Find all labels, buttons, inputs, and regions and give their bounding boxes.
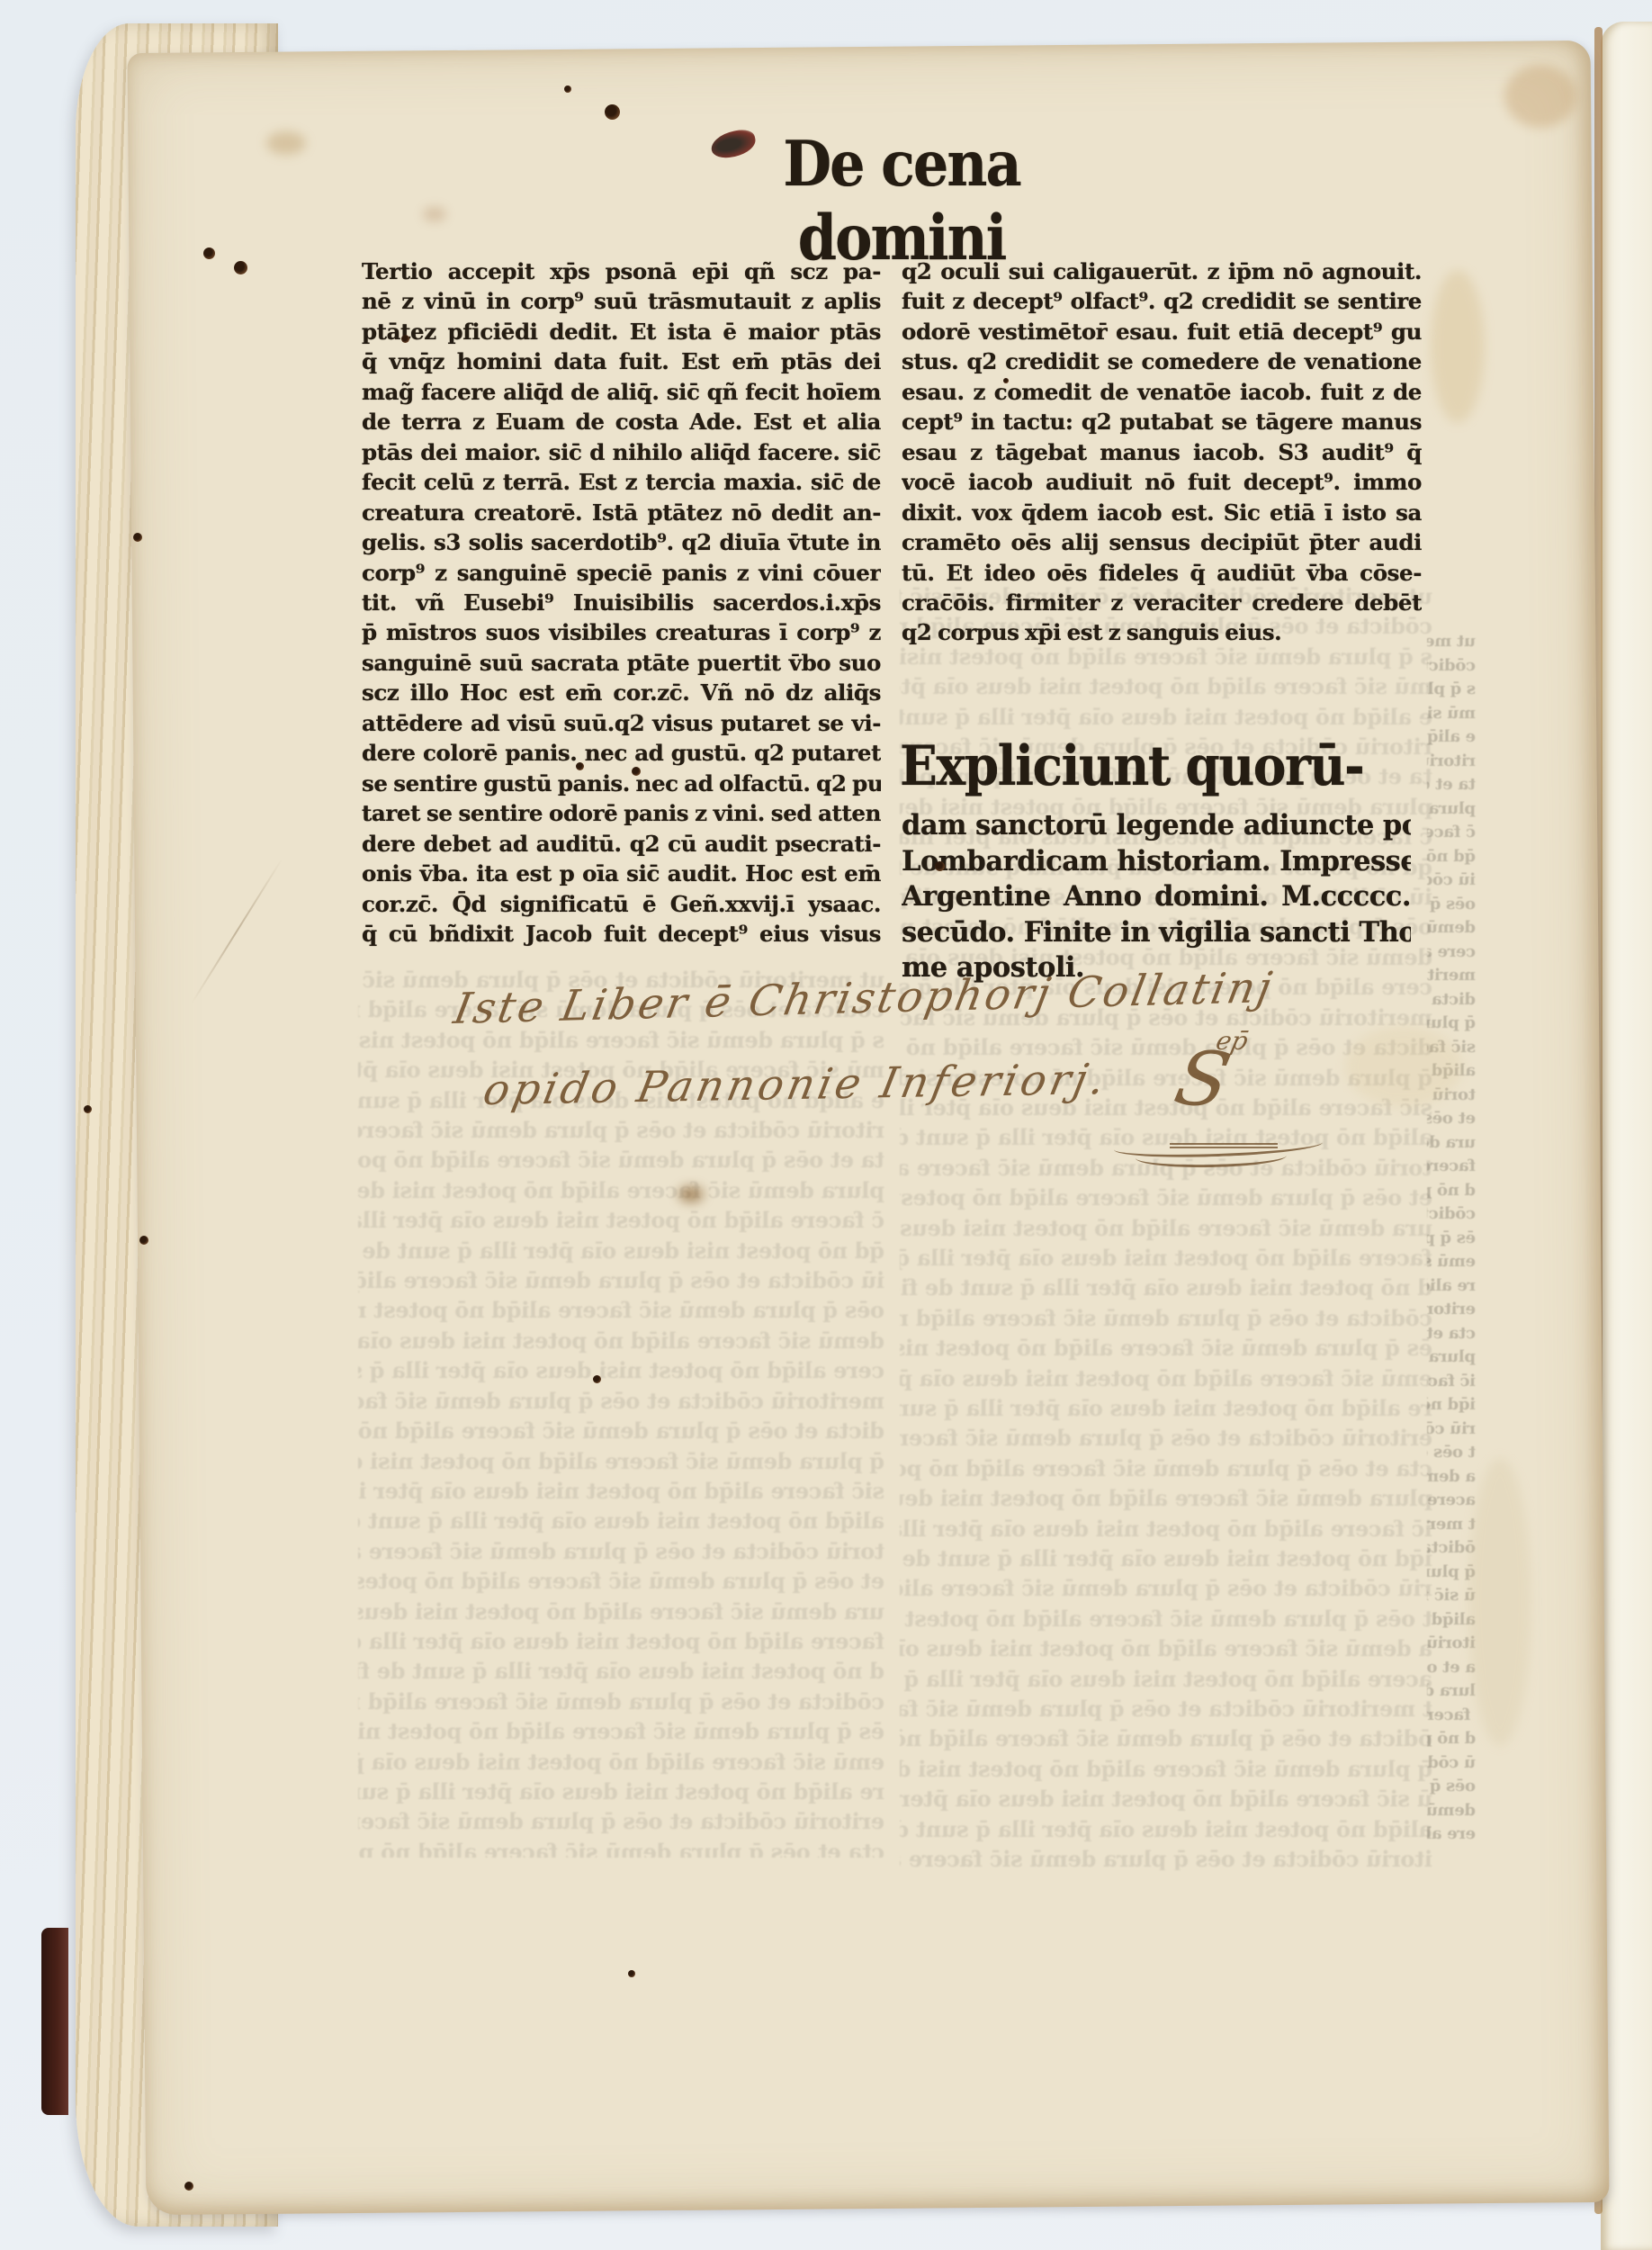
text-line: q̄ vnq̄z homini data fuit. Est em̄ ptās … — [362, 346, 881, 376]
ghost-line: e aliq̄d nō potest nisi deus oīa p̄ter i… — [900, 702, 1432, 732]
ghost-line: meritoriū cōdicta et oēs q̄ plura demū s… — [358, 1386, 884, 1416]
ghost-line: iū cōdicta et oēs q̄ plura demū sic̄ fac… — [1427, 868, 1476, 893]
ghost-line: ura demū sic̄ facere aliq̄d nō potest ni… — [900, 1213, 1432, 1243]
ghost-line: meritoriū cōdicta et oēs q̄ plura demū s… — [1427, 964, 1476, 988]
text-line: nē z vinū in corp⁹ suū trāsmutauit z apl… — [362, 286, 881, 316]
ghost-line: iq̄d nō potest nisi deus oīa p̄ter illa … — [900, 1543, 1432, 1573]
text-line: fuit z decept⁹ olfact⁹. q2 credidit se s… — [902, 286, 1422, 316]
wormhole — [139, 1236, 148, 1245]
ghost-line: aliq̄d nō potest nisi deus oīa p̄ter ill… — [358, 1506, 884, 1535]
wormhole — [234, 261, 247, 274]
paper-stain — [1468, 1458, 1531, 1746]
wormhole — [184, 2182, 193, 2191]
wormhole — [628, 1970, 635, 1977]
text-line: stus. q2 credidit se comedere de venatio… — [902, 346, 1422, 376]
ghost-line: cōdicta et oēs q̄ plura demū sic̄ facere… — [900, 1303, 1432, 1333]
text-line: ptātez pficiēdi dedit. Et ista ē maior p… — [362, 317, 881, 346]
ghost-line: acere aliq̄d nō potest nisi deus oīa p̄t… — [1427, 1489, 1476, 1513]
ghost-line: ritoriū cōdicta et oēs q̄ plura demū sic… — [1427, 750, 1476, 774]
wormhole — [632, 767, 641, 776]
ghost-line: eritoriū cōdicta et oēs q̄ plura demū si… — [358, 1806, 884, 1836]
ghost-line: emū sic̄ facere aliq̄d nō potest nisi de… — [1427, 1250, 1476, 1274]
wormhole — [84, 1105, 92, 1113]
text-line: dixit. vox q̄dem iacob est. Sic etiā ī i… — [902, 498, 1422, 527]
text-line: se sentire gustū panis. nec ad olfactū. … — [362, 769, 881, 798]
colophon-text: dam sanctorū legende adiuncte postLombar… — [902, 808, 1411, 986]
text-line: corp⁹ z sanguinē speciē panis z vini cōu… — [362, 558, 881, 588]
ghost-line: itoriū cōdicta et oēs q̄ plura demū sic̄… — [900, 1844, 1432, 1870]
ghost-line: ēs q̄ plura demū sic̄ facere aliq̄d nō p… — [358, 1716, 884, 1746]
wormhole — [401, 335, 409, 343]
ghost-line: s q̄ plura demū sic̄ facere aliq̄d nō po… — [1427, 678, 1476, 702]
ghost-line: re aliq̄d nō potest nisi deus oīa p̄ter … — [358, 1777, 884, 1806]
ghost-line: ta et oēs q̄ plura demū sic̄ facere aliq… — [1427, 773, 1476, 797]
paper-stain — [266, 131, 306, 155]
text-line: mag̃ facere aliq̄d de aliq̄. sic̄ qñ fec… — [362, 377, 881, 407]
paper-stain — [423, 207, 446, 221]
ghost-line: a demū sic̄ facere aliq̄d nō potest nisi… — [900, 1633, 1432, 1663]
ghost-line: c̄ facere aliq̄d nō potest nisi deus oīa… — [1427, 821, 1476, 845]
ghost-line: ̄ facere aliq̄d nō potest nisi deus oīa … — [1427, 1704, 1476, 1728]
text-line: tit. vñ Eusebi⁹ Inuisibilis sacerdos.i.x… — [362, 588, 881, 617]
ghost-line: d nō potest nisi deus oīa p̄ter illa q̄ … — [900, 1273, 1432, 1302]
bleed-through-text-margin-strip: ut meritoriū cōdicta et oēs q̄ plura dem… — [1427, 630, 1476, 1854]
wormhole — [133, 533, 142, 542]
text-line: esau. z comedit de venatōe iacob. fuit z… — [902, 377, 1422, 407]
ghost-line: ̄d nō potest nisi deus oīa p̄ter illa q̄… — [1427, 1727, 1476, 1751]
text-line: vocē iacob audiuit nō fuit decept⁹. immo — [902, 467, 1422, 497]
ghost-line: re aliq̄d nō potest nisi deus oīa p̄ter … — [1427, 1274, 1476, 1299]
text-line: sanguinē suū sacrata ptāte puertit v̄bo … — [362, 648, 881, 678]
paper-stain — [1345, 1026, 1462, 1107]
text-line: q̄ cū bñdixit Jacob fuit decept⁹ eius vi… — [362, 919, 881, 949]
ghost-line: oēs q̄ plura demū sic̄ facere aliq̄d nō … — [1427, 893, 1476, 917]
ghost-line: t oēs q̄ plura demū sic̄ facere aliq̄d n… — [1427, 1441, 1476, 1465]
ghost-line: ū cōdicta et oēs q̄ plura demū sic̄ face… — [1427, 1751, 1476, 1776]
ghost-line: ritoriū cōdicta et oēs q̄ plura demū sic… — [358, 1115, 884, 1145]
ghost-line: q̄d nō potest nisi deus oīa p̄ter illa q… — [358, 1236, 884, 1265]
ghost-line: sic̄ facere aliq̄d nō potest nisi deus o… — [358, 1476, 884, 1506]
ghost-line: cta et oēs q̄ plura demū sic̄ facere ali… — [900, 1453, 1432, 1483]
ghost-line: dicta et oēs q̄ plura demū sic̄ facere a… — [1427, 988, 1476, 1012]
ghost-line: c̄ facere aliq̄d nō potest nisi deus oīa… — [358, 1205, 884, 1235]
ghost-line: itoriū cōdicta et oēs q̄ plura demū sic̄… — [1427, 1632, 1476, 1656]
text-line: q2 corpus xp̄i est z sanguis eius. — [902, 617, 1422, 647]
ghost-line: ura demū sic̄ facere aliq̄d nō potest ni… — [358, 1597, 884, 1626]
colophon-heading-expliciunt: Expliciunt quorū- — [900, 733, 1422, 798]
ghost-line: cta et oēs q̄ plura demū sic̄ facere ali… — [358, 1837, 884, 1858]
text-line: secūdo. Finite in vigilia sancti Tho- — [902, 915, 1411, 951]
ghost-line: aliq̄d nō potest nisi deus oīa p̄ter ill… — [900, 1814, 1432, 1844]
ghost-line: q̄d nō potest nisi deus oīa p̄ter illa q… — [1427, 845, 1476, 869]
ghost-line: cere aliq̄d nō potest nisi deus oīa p̄te… — [1427, 940, 1476, 965]
ghost-line: ēs q̄ plura demū sic̄ facere aliq̄d nō p… — [1427, 1227, 1476, 1251]
ghost-line: mū sic̄ facere aliq̄d nō potest nisi deu… — [900, 671, 1432, 701]
ghost-line: ōdicta et oēs q̄ plura demū sic̄ facere … — [900, 1723, 1432, 1753]
underlying-next-page-edge — [1601, 22, 1652, 2250]
ghost-line: lura demū sic̄ facere aliq̄d nō potest n… — [1427, 1679, 1476, 1704]
paper-stain — [1504, 65, 1576, 128]
ghost-line: t oēs q̄ plura demū sic̄ facere aliq̄d n… — [900, 1604, 1432, 1633]
ghost-line: cōdicta et oēs q̄ plura demū sic̄ facere… — [1427, 654, 1476, 679]
ghost-line: demū sic̄ facere aliq̄d nō potest nisi d… — [1427, 916, 1476, 940]
ghost-line: ēs q̄ plura demū sic̄ facere aliq̄d nō p… — [900, 1333, 1432, 1363]
ghost-line: facere aliq̄d nō potest nisi deus oīa p̄… — [1427, 1155, 1476, 1179]
wormhole — [1003, 378, 1009, 383]
text-line: gelis. s3 solis sacerdotib⁹. q2 diuīa v̄… — [362, 527, 881, 557]
ghost-line: cere aliq̄d nō potest nisi deus oīa p̄te… — [358, 1355, 884, 1385]
text-line: onis v̄ba. ita est p oīa sic̄ audit. Hoc… — [362, 859, 881, 888]
ghost-line: ere aliq̄d nō potest nisi deus oīa p̄ter… — [1427, 1822, 1476, 1847]
ghost-line: ura demū sic̄ facere aliq̄d nō potest ni… — [1427, 1131, 1476, 1156]
ghost-line: a demū sic̄ facere aliq̄d nō potest nisi… — [1427, 1465, 1476, 1489]
ghost-line: e aliq̄d nō potest nisi deus oīa p̄ter i… — [1427, 725, 1476, 750]
ghost-line: plura demū sic̄ facere aliq̄d nō potest … — [900, 1483, 1432, 1513]
ghost-line: oēs q̄ plura demū sic̄ facere aliq̄d nō … — [358, 1295, 884, 1325]
ghost-line: eritoriū cōdicta et oēs q̄ plura demū si… — [900, 1423, 1432, 1453]
ghost-line: t meritoriū cōdicta et oēs q̄ plura demū… — [1427, 1513, 1476, 1537]
text-line: p̄ mīstros suos visibiles creaturas ī co… — [362, 617, 881, 647]
ghost-line: facere aliq̄d nō potest nisi deus oīa p̄… — [900, 1243, 1432, 1273]
text-line: cor.zc̄. Q̄d significatū ē Geñ.xxvij.ī y… — [362, 889, 881, 919]
text-line: creatura creatorē. Istā ptātez nō dedit … — [362, 498, 881, 527]
text-line: dam sanctorū legende adiuncte post — [902, 808, 1411, 844]
wormhole — [203, 247, 215, 259]
ghost-line: d nō potest nisi deus oīa p̄ter illa q̄ … — [1427, 1179, 1476, 1203]
ghost-line: ōdicta et oēs q̄ plura demū sic̄ facere … — [1427, 1536, 1476, 1561]
photo-of-incunabulum-page: ut meritoriū cōdicta et oēs q̄ plura dem… — [0, 0, 1652, 2250]
ghost-line: oēs q̄ plura demū sic̄ facere aliq̄d nō … — [1427, 1775, 1476, 1799]
wormhole — [935, 861, 945, 871]
ghost-line: dicta et oēs q̄ plura demū sic̄ facere a… — [358, 1416, 884, 1445]
ghost-line: ic̄ facere aliq̄d nō potest nisi deus oī… — [1427, 1370, 1476, 1394]
ghost-line: plura demū sic̄ facere aliq̄d nō potest … — [358, 1175, 884, 1205]
text-column-left: Tertio accepit xp̄s psonā ep̄i qñ scz pa… — [362, 256, 881, 949]
text-line: ptās dei maior. sic̄ d nihilo aliq̄d fac… — [362, 437, 881, 467]
wormhole — [564, 85, 571, 93]
text-line: dere colorē panis. nec ad gustū. q2 puta… — [362, 738, 881, 768]
ghost-line: riū cōdicta et oēs q̄ plura demū sic̄ fa… — [1427, 1417, 1476, 1442]
ghost-line: iū cōdicta et oēs q̄ plura demū sic̄ fac… — [358, 1265, 884, 1295]
ghost-line: facere aliq̄d nō potest nisi deus oīa p̄… — [358, 1626, 884, 1656]
text-line: de terra z Euam de costa Ade. Est et ali… — [362, 407, 881, 436]
ghost-line: cōdicta et oēs q̄ plura demū sic̄ facere… — [1427, 1202, 1476, 1227]
paper-stain — [678, 1186, 704, 1202]
ghost-line: acere aliq̄d nō potest nisi deus oīa p̄t… — [900, 1664, 1432, 1694]
ghost-line: iq̄d nō potest nisi deus oīa p̄ter illa … — [1427, 1393, 1476, 1417]
ghost-line: ta et oēs q̄ plura demū sic̄ facere aliq… — [358, 1145, 884, 1174]
text-line: dere debet ad auditū. q2 cū audit psecra… — [362, 829, 881, 859]
text-line: cramēto oēs alij sensus decipiūt p̄ter a… — [902, 527, 1422, 557]
ghost-line: plura demū sic̄ facere aliq̄d nō potest … — [1427, 1345, 1476, 1370]
text-line: scz illo Hoc est em̄ cor.zc̄. Vñ nō dz a… — [362, 678, 881, 707]
ghost-line: d nō potest nisi deus oīa p̄ter illa q̄ … — [358, 1656, 884, 1686]
wormhole — [605, 104, 620, 120]
ghost-line: cōdicta et oēs q̄ plura demū sic̄ facere… — [358, 1687, 884, 1716]
ghost-line: riū cōdicta et oēs q̄ plura demū sic̄ fa… — [900, 1573, 1432, 1603]
ghost-line: plura demū sic̄ facere aliq̄d nō potest … — [1427, 797, 1476, 822]
text-line: tū. Et ideo oēs fideles q̄ audiūt v̄ba c… — [902, 558, 1422, 588]
text-line: taret se sentire odorē panis z vini. sed… — [362, 798, 881, 828]
ghost-line: et oēs q̄ plura demū sic̄ facere aliq̄d … — [358, 1566, 884, 1596]
ghost-line: emū sic̄ facere aliq̄d nō potest nisi de… — [358, 1747, 884, 1777]
wormhole — [576, 762, 584, 770]
ghost-line: ū sic̄ facere aliq̄d nō potest nisi deus… — [900, 1784, 1432, 1813]
ghost-line: toriū cōdicta et oēs q̄ plura demū sic̄ … — [358, 1536, 884, 1566]
text-line: cept⁹ in tactu: q2 putabat se tāgere man… — [902, 407, 1422, 436]
text-line: Tertio accepit xp̄s psonā ep̄i qñ scz pa… — [362, 256, 881, 286]
text-line: esau z tāgebat manus iacob. S3 audit⁹ q̄ — [902, 437, 1422, 467]
wormhole — [593, 1375, 601, 1383]
paper-stain — [1431, 270, 1485, 423]
inscription-mound-flourish — [1170, 1118, 1278, 1148]
ghost-line: emū sic̄ facere aliq̄d nō potest nisi de… — [900, 1363, 1432, 1393]
binding-spine-glimpse — [41, 1928, 68, 2115]
ghost-line: demū sic̄ facere aliq̄d nō potest nisi d… — [1427, 1799, 1476, 1823]
ghost-line: eritoriū cōdicta et oēs q̄ plura demū si… — [1427, 1298, 1476, 1322]
text-line: fecit celū z terrā. Est z tercia maxia. … — [362, 467, 881, 497]
ghost-line: a et oēs q̄ plura demū sic̄ facere aliq̄… — [1427, 1656, 1476, 1680]
text-column-right: q2 oculi sui caligauerūt. z ip̄m nō agno… — [902, 256, 1422, 648]
ghost-line: demū sic̄ facere aliq̄d nō potest nisi d… — [358, 1326, 884, 1355]
text-line: Argentine Anno domini. M.ccccc. — [902, 879, 1411, 915]
ghost-line: re aliq̄d nō potest nisi deus oīa p̄ter … — [900, 1393, 1432, 1423]
ghost-line: mū sic̄ facere aliq̄d nō potest nisi deu… — [1427, 702, 1476, 726]
text-line: crac̄ōis. firmiter z veraciter credere d… — [902, 588, 1422, 617]
ghost-line: ut meritoriū cōdicta et oēs q̄ plura dem… — [1427, 630, 1476, 654]
ghost-line: q̄ plura demū sic̄ facere aliq̄d nō pote… — [900, 1754, 1432, 1784]
ghost-line: et oēs q̄ plura demū sic̄ facere aliq̄d … — [1427, 1107, 1476, 1131]
text-line: q2 oculi sui caligauerūt. z ip̄m nō agno… — [902, 256, 1422, 286]
ghost-line: cta et oēs q̄ plura demū sic̄ facere ali… — [1427, 1322, 1476, 1346]
ghost-line: q̄ plura demū sic̄ facere aliq̄d nō pote… — [358, 1446, 884, 1476]
text-line: odorē vestimētor̄ esau. fuit etiā decept… — [902, 317, 1422, 346]
ghost-line: ic̄ facere aliq̄d nō potest nisi deus oī… — [900, 1514, 1432, 1543]
text-line: attēdere ad visū suū.q2 visus putaret se… — [362, 708, 881, 738]
ghost-line: et oēs q̄ plura demū sic̄ facere aliq̄d … — [900, 1183, 1432, 1212]
text-line: Lombardicam historiam. Impresse — [902, 844, 1411, 880]
ghost-line: t meritoriū cōdicta et oēs q̄ plura demū… — [900, 1694, 1432, 1723]
